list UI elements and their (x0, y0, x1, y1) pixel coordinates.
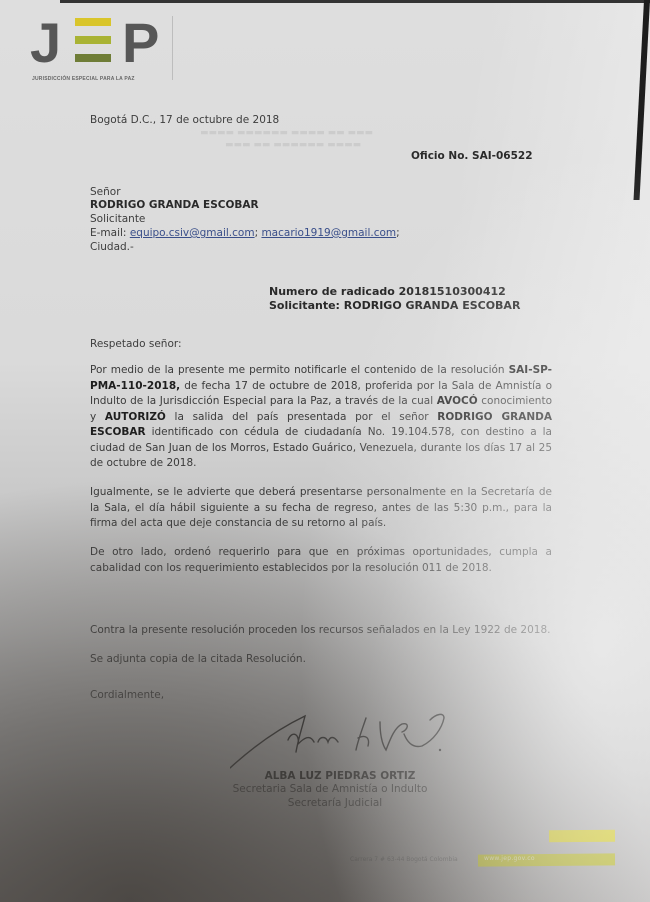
footer-accent-bar (549, 830, 615, 843)
email-link-2[interactable]: macario1919@gmail.com (261, 227, 396, 239)
p1-avoco: AVOCÓ (437, 395, 478, 407)
footer-address: Carrera 7 # 63-44 Bogotá Colombia (350, 856, 458, 863)
handwritten-signature (230, 700, 460, 770)
signatory-title-2: Secretaría Judicial (235, 797, 435, 811)
logo-bar-yellow (75, 18, 111, 26)
photo-edge-right (634, 0, 650, 200)
paragraph-appeals: Contra la presente resolución proceden l… (90, 623, 552, 639)
radicado-number: Numero de radicado 20181510300412 (269, 285, 506, 299)
letter-page: J P JURISDICCIÓN ESPECIAL PARA LA PAZ ▬▬… (0, 0, 650, 902)
p1-text-a: Por medio de la presente me permito noti… (90, 364, 509, 376)
footer-website[interactable]: www.jep.gov.co (484, 855, 535, 862)
signatory-name: ALBA LUZ PIEDRAS ORTIZ (240, 770, 440, 784)
logo-bar-olive (75, 54, 111, 62)
bleed-through-text: ▬▬▬▬ ▬▬▬▬▬▬ ▬▬▬▬ ▬▬ ▬▬▬ (200, 128, 373, 138)
photo-edge (60, 0, 650, 3)
logo-letter-p: P (122, 15, 159, 71)
paragraph-attachment: Se adjunta copia de la citada Resolución… (90, 652, 552, 668)
recipient-name: RODRIGO GRANDA ESCOBAR (90, 199, 259, 213)
logo-subtitle: JURISDICCIÓN ESPECIAL PARA LA PAZ (32, 76, 135, 82)
p1-text-e: la salida del país presentada por el señ… (166, 411, 437, 423)
bleed-through-text: ▬▬▬ ▬▬ ▬▬▬▬▬▬ ▬▬▬▬ (225, 140, 361, 150)
logo-bar-lime (75, 36, 111, 44)
email-link-1[interactable]: equipo.csiv@gmail.com (130, 227, 255, 239)
paragraph-notification: Por medio de la presente me permito noti… (90, 363, 552, 472)
p1-autorizo: AUTORIZÓ (105, 411, 166, 423)
jep-logo: J P JURISDICCIÓN ESPECIAL PARA LA PAZ (30, 14, 190, 84)
recipient-role: Solicitante (90, 213, 145, 227)
email-label: E-mail: (90, 227, 126, 239)
logo-letter-j: J (30, 15, 59, 71)
email-separator: ; (255, 227, 259, 239)
p1-text-f: identificado con cédula de ciudadanía No… (90, 426, 552, 469)
email-trailing: ; (396, 227, 400, 239)
paragraph-requirements: De otro lado, ordenó requerirlo para que… (90, 545, 552, 576)
signatory-title-1: Secretaria Sala de Amnistía o Indulto (215, 783, 445, 797)
closing: Cordialmente, (90, 689, 164, 703)
reference-solicitante: Solicitante: RODRIGO GRANDA ESCOBAR (269, 299, 520, 313)
recipient-emails: E-mail: equipo.csiv@gmail.com; macario19… (90, 227, 400, 241)
office-number: Oficio No. SAI-06522 (411, 150, 533, 164)
place-date: Bogotá D.C., 17 de octubre de 2018 (90, 114, 279, 128)
paragraph-return-notice: Igualmente, se le advierte que deberá pr… (90, 485, 552, 532)
logo-divider (172, 16, 173, 80)
greeting: Respetado señor: (90, 338, 182, 352)
salutation-title: Señor (90, 186, 121, 200)
recipient-city: Ciudad.- (90, 241, 134, 255)
